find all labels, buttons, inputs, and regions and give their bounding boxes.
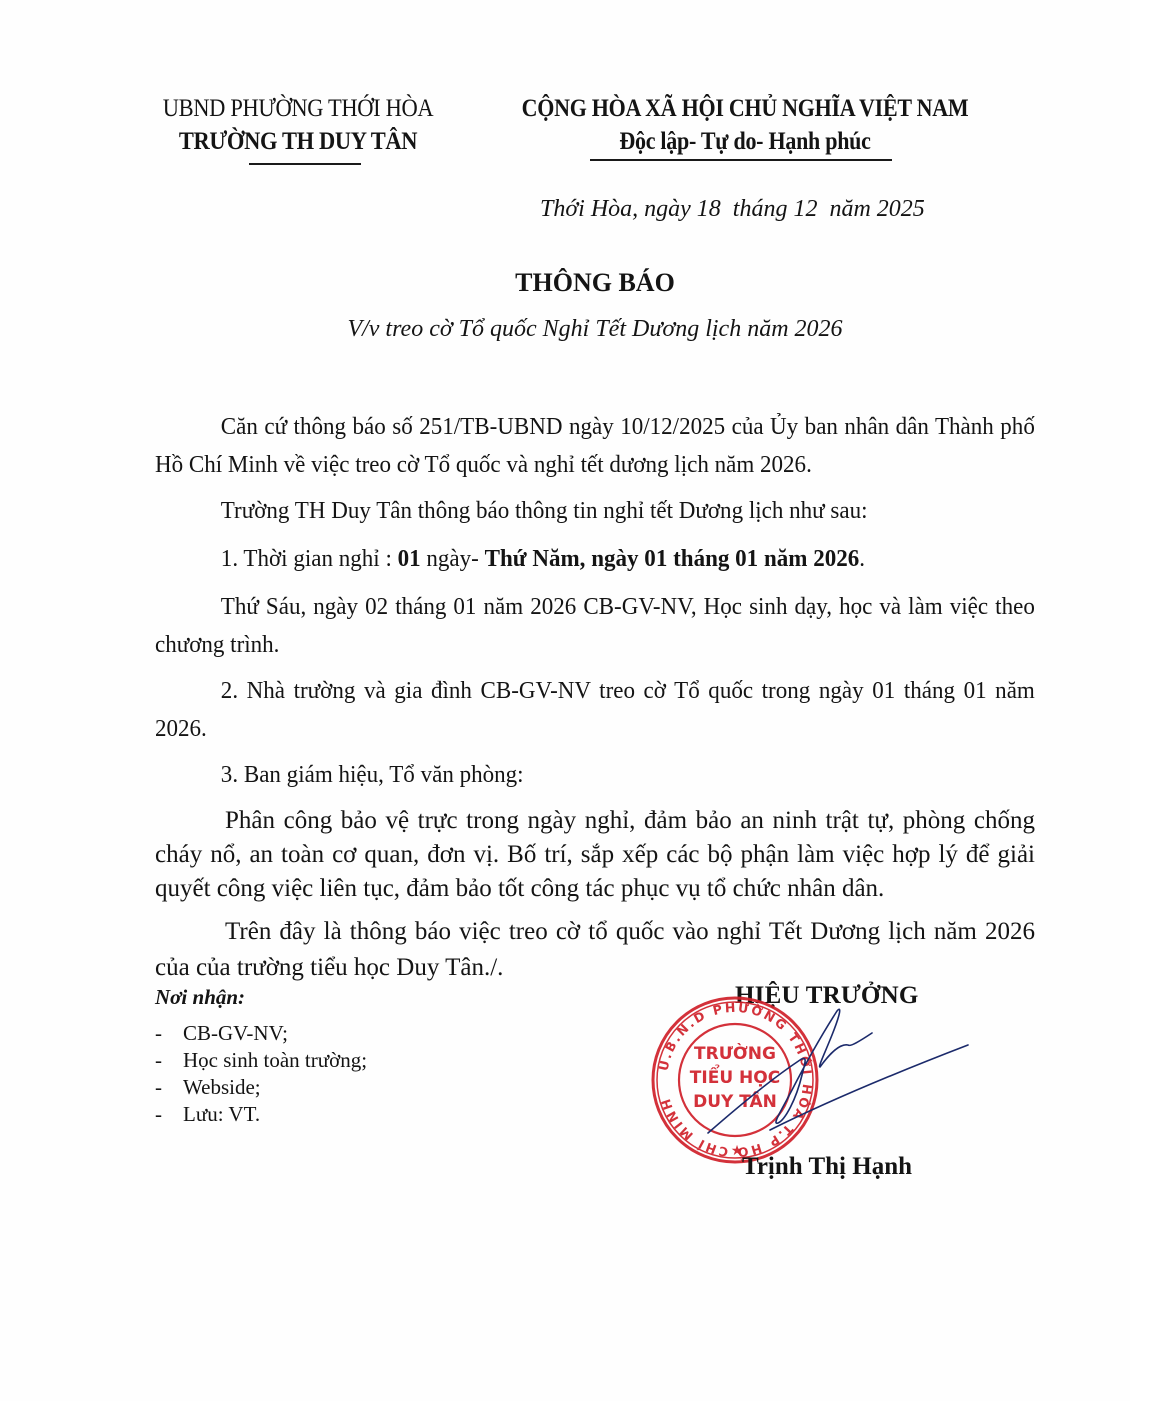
authority-underline	[249, 163, 361, 165]
authority-name: TRƯỜNG TH DUY TÂN	[145, 125, 451, 158]
document-body: Căn cứ thông báo số 251/TB-UBND ngày 10/…	[155, 408, 1035, 994]
recipient-item: -Lưu: VT.	[155, 1101, 367, 1128]
body-paragraph-intro: Trường TH Duy Tân thông báo thông tin ng…	[155, 492, 1035, 530]
document-subject: V/v treo cờ Tổ quốc Nghỉ Tết Dương lịch …	[0, 316, 1159, 343]
signer-name: Trịnh Thị Hạnh	[742, 1153, 912, 1181]
recipient-text: Học sinh toàn trường;	[183, 1047, 367, 1074]
national-header: CỘNG HÒA XÃ HỘI CHỦ NGHĨA VIỆT NAM Độc l…	[503, 92, 987, 158]
body-paragraph-resume: Thứ Sáu, ngày 02 tháng 01 năm 2026 CB-GV…	[155, 588, 1035, 664]
item-1-mid: ngày-	[421, 545, 485, 572]
document-page: UBND PHƯỜNG THỚI HÒA TRƯỜNG TH DUY TÂN C…	[0, 0, 1130, 1401]
national-title: CỘNG HÒA XÃ HỘI CHỦ NGHĨA VIỆT NAM	[503, 92, 987, 125]
document-title: THÔNG BÁO	[0, 268, 1159, 298]
body-closing: Trên đây là thông báo việc treo cờ tổ qu…	[155, 914, 1035, 986]
recipient-text: Lưu: VT.	[183, 1101, 260, 1128]
motto-underline	[590, 159, 892, 161]
body-item-1: 1. Thời gian nghỉ : 01 ngày- Thứ Năm, ng…	[155, 540, 1035, 578]
item-1-suffix: .	[859, 545, 865, 572]
place-date: Thới Hòa, ngày 18 tháng 12 năm 2025	[540, 196, 925, 223]
recipients-title: Nơi nhận:	[155, 985, 367, 1010]
handwritten-signature-icon	[700, 1005, 1000, 1165]
body-paragraph-basis: Căn cứ thông báo số 251/TB-UBND ngày 10/…	[155, 408, 1035, 484]
recipient-item: -CB-GV-NV;	[155, 1020, 367, 1047]
issuing-authority: UBND PHƯỜNG THỚI HÒA TRƯỜNG TH DUY TÂN	[145, 92, 451, 158]
item-1-days: 01	[398, 545, 421, 572]
recipient-item: -Học sinh toàn trường;	[155, 1047, 367, 1074]
bullet-dash: -	[155, 1074, 183, 1101]
body-item-2: 2. Nhà trường và gia đình CB-GV-NV treo …	[155, 672, 1035, 748]
bullet-dash: -	[155, 1047, 183, 1074]
recipients-block: Nơi nhận: -CB-GV-NV; -Học sinh toàn trườ…	[155, 985, 367, 1128]
recipient-text: Webside;	[183, 1074, 261, 1101]
recipient-item: -Webside;	[155, 1074, 367, 1101]
national-motto: Độc lập- Tự do- Hạnh phúc	[503, 125, 987, 158]
item-1-prefix: 1. Thời gian nghỉ :	[221, 545, 398, 572]
item-1-date: Thứ Năm, ngày 01 tháng 01 năm 2026	[485, 545, 860, 572]
body-item-3-description: Phân công bảo vệ trực trong ngày nghỉ, đ…	[155, 804, 1035, 906]
body-item-3: 3. Ban giám hiệu, Tổ văn phòng:	[155, 756, 1035, 794]
bullet-dash: -	[155, 1020, 183, 1047]
recipient-text: CB-GV-NV;	[183, 1020, 288, 1047]
bullet-dash: -	[155, 1101, 183, 1128]
recipients-list: -CB-GV-NV; -Học sinh toàn trường; -Websi…	[155, 1020, 367, 1128]
scan-edge	[1130, 0, 1159, 1401]
authority-parent: UBND PHƯỜNG THỚI HÒA	[145, 92, 451, 125]
